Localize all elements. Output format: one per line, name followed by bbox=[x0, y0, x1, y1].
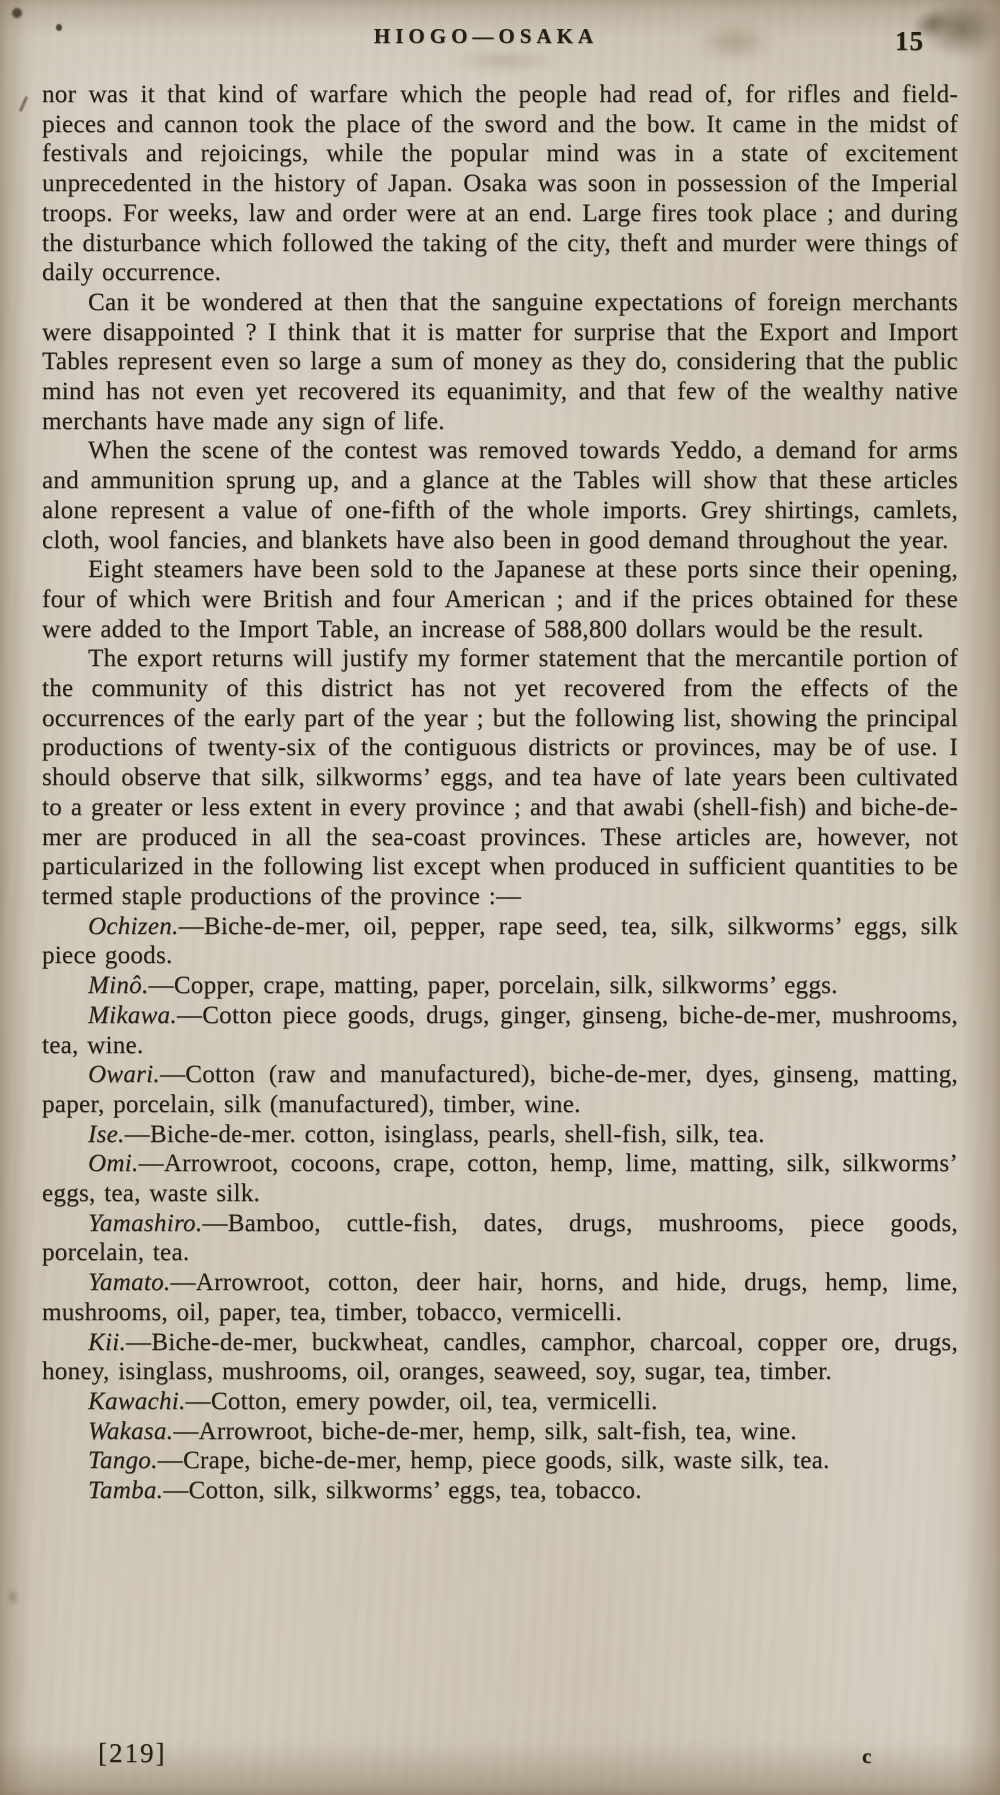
province-products: —Crape, biche-de-mer, hemp, piece goods,… bbox=[158, 1447, 830, 1474]
province-name: Ise. bbox=[88, 1121, 125, 1148]
province-products: —Biche-de-mer, oil, pepper, rape seed, t… bbox=[42, 913, 958, 970]
ink-speck bbox=[12, 8, 22, 18]
body-paragraph: nor was it that kind of warfare which th… bbox=[42, 80, 958, 288]
body-paragraph: The export returns will justify my forme… bbox=[42, 644, 958, 911]
province-name: Wakasa. bbox=[88, 1418, 173, 1445]
scratch-mark bbox=[19, 96, 28, 112]
province-products: —Cotton piece goods, drugs, ginger, gins… bbox=[42, 1002, 958, 1059]
page-footer: [219] c bbox=[42, 1738, 958, 1778]
province-products: —Cotton, emery powder, oil, tea, vermice… bbox=[186, 1388, 658, 1415]
running-title: HIOGO—OSAKA bbox=[0, 24, 986, 49]
province-name: Tamba. bbox=[88, 1477, 163, 1504]
province-name: Yamato. bbox=[88, 1269, 170, 1296]
body-paragraph: Can it be wondered at then that the sang… bbox=[42, 288, 958, 437]
province-name: Kii. bbox=[88, 1329, 126, 1356]
page-body: nor was it that kind of warfare which th… bbox=[42, 80, 958, 1506]
province-entry: Wakasa.—Arrowroot, biche-de-mer, hemp, s… bbox=[42, 1417, 958, 1447]
province-products: —Biche-de-mer. cotton, isinglass, pearls… bbox=[125, 1121, 765, 1148]
page-number: 15 bbox=[895, 26, 924, 57]
province-products: —Cotton (raw and manufactured), biche-de… bbox=[42, 1061, 958, 1118]
province-name: Owari. bbox=[88, 1061, 160, 1088]
province-name: Ochizen. bbox=[88, 913, 179, 940]
province-name: Minô. bbox=[88, 972, 149, 999]
province-name: Omi. bbox=[88, 1150, 139, 1177]
province-products: —Cotton, silk, silkworms’ eggs, tea, tob… bbox=[163, 1477, 642, 1504]
province-entry: Mikawa.—Cotton piece goods, drugs, ginge… bbox=[42, 1001, 958, 1060]
province-entry: Yamato.—Arrowroot, cotton, deer hair, ho… bbox=[42, 1268, 958, 1327]
province-entry: Yamashiro.—Bamboo, cuttle-fish, dates, d… bbox=[42, 1209, 958, 1268]
province-entry: Ise.—Biche-de-mer. cotton, isinglass, pe… bbox=[42, 1120, 958, 1150]
province-entry: Kawachi.—Cotton, emery powder, oil, tea,… bbox=[42, 1387, 958, 1417]
ink-blot bbox=[6, 1586, 20, 1608]
province-entry: Owari.—Cotton (raw and manufactured), bi… bbox=[42, 1060, 958, 1119]
province-name: Tango. bbox=[88, 1447, 158, 1474]
folio-number: [219] bbox=[98, 1738, 166, 1769]
page-header: HIOGO—OSAKA 15 bbox=[0, 24, 1000, 64]
province-products: —Arrowroot, biche-de-mer, hemp, silk, sa… bbox=[173, 1418, 797, 1445]
province-name: Kawachi. bbox=[88, 1388, 186, 1415]
province-products: —Arrowroot, cocoons, crape, cotton, hemp… bbox=[42, 1150, 958, 1207]
province-products: —Copper, crape, matting, paper, porcelai… bbox=[149, 972, 838, 999]
province-entry: Kii.—Biche-de-mer, buckwheat, candles, c… bbox=[42, 1328, 958, 1387]
province-entry: Ochizen.—Biche-de-mer, oil, pepper, rape… bbox=[42, 912, 958, 971]
scanned-book-page: HIOGO—OSAKA 15 nor was it that kind of w… bbox=[0, 0, 1000, 1795]
province-entry: Minô.—Copper, crape, matting, paper, por… bbox=[42, 971, 958, 1001]
province-products: —Arrowroot, cotton, deer hair, horns, an… bbox=[42, 1269, 958, 1326]
province-entry: Omi.—Arrowroot, cocoons, crape, cotton, … bbox=[42, 1149, 958, 1208]
province-entry: Tamba.—Cotton, silk, silkworms’ eggs, te… bbox=[42, 1476, 958, 1506]
province-name: Mikawa. bbox=[88, 1002, 177, 1029]
province-entry: Tango.—Crape, biche-de-mer, hemp, piece … bbox=[42, 1446, 958, 1476]
province-name: Yamashiro. bbox=[88, 1210, 202, 1237]
province-products: —Biche-de-mer, buckwheat, candles, camph… bbox=[42, 1329, 958, 1386]
body-paragraph: When the scene of the contest was remove… bbox=[42, 436, 958, 555]
body-paragraph: Eight steamers have been sold to the Jap… bbox=[42, 555, 958, 644]
signature-mark: c bbox=[862, 1744, 871, 1769]
